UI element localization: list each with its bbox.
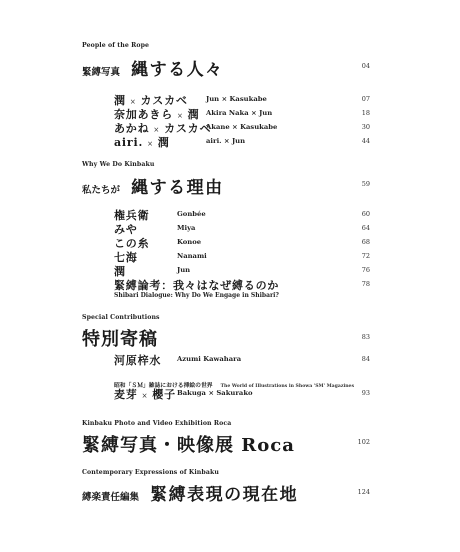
row-name-b: 潤 xyxy=(158,136,170,149)
section-5-label: Contemporary Expressions of Kinbaku xyxy=(82,469,219,476)
row-english: Akira Naka × Jun xyxy=(206,109,272,117)
row-name-b: 櫻子 xyxy=(152,388,176,401)
cross-symbol: × xyxy=(130,98,137,106)
cross-symbol: × xyxy=(177,112,184,120)
row-page: 07 xyxy=(362,95,370,103)
toc-row-airi-jun[interactable]: airi.×潤 xyxy=(114,134,170,150)
section-3-heading[interactable]: 特別寄稿 xyxy=(82,325,158,351)
row-english: Akane × Kasukabe xyxy=(206,123,277,131)
cross-symbol: × xyxy=(147,140,154,148)
section-3-label: Special Contributions xyxy=(82,314,160,321)
row-page: 30 xyxy=(362,123,370,131)
row-page: 84 xyxy=(362,355,370,363)
section-1-page: 04 xyxy=(362,62,370,70)
section-2-page: 59 xyxy=(362,180,370,188)
row-page: 72 xyxy=(362,252,370,260)
section-5-page: 124 xyxy=(358,488,370,496)
section-2-label: Why We Do Kinbaku xyxy=(82,161,154,168)
section-1-heading-prefix: 緊縛写真 xyxy=(82,67,120,78)
section-3-page: 83 xyxy=(362,333,370,341)
section-4-page: 102 xyxy=(358,438,370,446)
row-page: 68 xyxy=(362,238,370,246)
row-english: Miya xyxy=(177,224,195,232)
row-page: 76 xyxy=(362,266,370,274)
section-2-heading-title: 縄する理由 xyxy=(131,178,224,198)
row-english: Jun xyxy=(177,266,190,274)
toc-row-shibari-dialogue[interactable]: 緊縛論考：我々はなぜ縛るのか xyxy=(114,277,279,293)
row-english: Bakuga × Sakurako xyxy=(177,389,253,397)
section-5-heading-prefix: 縛楽責任編集 xyxy=(82,492,139,503)
section-2-heading-prefix: 私たちが xyxy=(82,185,120,196)
section-2-heading[interactable]: 私たちが 縄する理由 xyxy=(82,173,224,198)
row-english: Gonbée xyxy=(177,210,206,218)
row-english: airi. × Jun xyxy=(206,137,245,145)
section-4-label: Kinbaku Photo and Video Exhibition Roca xyxy=(82,420,231,427)
cross-symbol: × xyxy=(153,126,160,134)
row-english: Azumi Kawahara xyxy=(177,355,241,363)
row-page: 18 xyxy=(362,109,370,117)
row-english: Konoe xyxy=(177,238,201,246)
dialogue-english-subtitle: Shibari Dialogue: Why Do We Engage in Sh… xyxy=(114,292,279,299)
row-page: 60 xyxy=(362,210,370,218)
row-page: 64 xyxy=(362,224,370,232)
row-page: 44 xyxy=(362,137,370,145)
row-name-a: 麦芽 xyxy=(114,388,138,401)
toc-row-bakuga-sakurako[interactable]: 麦芽×櫻子 xyxy=(114,386,176,402)
row-name-b: カスカベ xyxy=(164,122,211,135)
section-1-label: People of the Rope xyxy=(82,42,149,49)
row-name-a: airi. xyxy=(114,136,143,149)
row-page: 78 xyxy=(362,280,370,288)
toc-row-azumi-kawahara[interactable]: 河原梓水 xyxy=(114,352,161,368)
row-english: Nanami xyxy=(177,252,207,260)
section-1-heading-title: 縄する人々 xyxy=(131,60,224,80)
section-5-heading[interactable]: 縛楽責任編集 緊縛表現の現在地 xyxy=(82,480,298,505)
cross-symbol: × xyxy=(142,392,149,400)
section-1-heading[interactable]: 緊縛写真 縄する人々 xyxy=(82,55,224,80)
section-4-heading[interactable]: 緊縛写真・映像展 Roca xyxy=(82,431,295,457)
section-5-heading-title: 緊縛表現の現在地 xyxy=(150,485,298,505)
row-page: 93 xyxy=(362,389,370,397)
row-english: Jun × Kasukabe xyxy=(206,95,267,103)
